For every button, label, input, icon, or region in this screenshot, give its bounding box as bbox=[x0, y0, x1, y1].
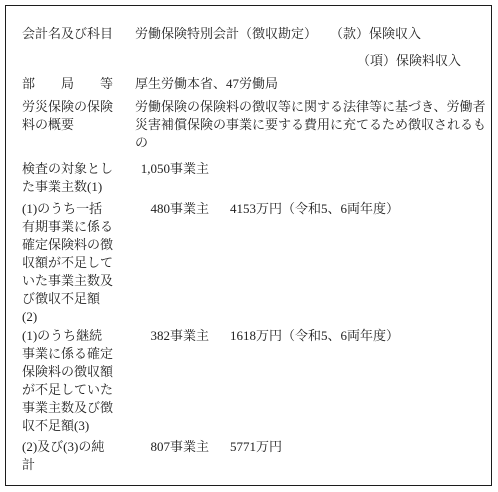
continuing-employer-count: 382事業主 bbox=[135, 327, 209, 345]
account-title-value: 労働保険特別会計（徴収勘定） bbox=[135, 25, 317, 43]
inspected-employers-label: 検査の対象とし た事業主数(1) bbox=[22, 160, 113, 196]
account-title-label: 会計名及び科目 bbox=[22, 25, 113, 43]
inspected-employers-count: 1,050事業主 bbox=[135, 160, 209, 178]
continuing-shortfall-amount: 1618万円（令和5、6両年度） bbox=[230, 327, 399, 345]
net-total-employer-count: 807事業主 bbox=[135, 438, 209, 456]
net-total-label: (2)及び(3)の純 計 bbox=[22, 438, 104, 474]
account-ko-item: （項）保険料収入 bbox=[357, 52, 461, 70]
fixed-term-shortfall-label: (1)のうち一括 有期事業に係る 確定保険料の徴 収額が不足して いた事業主数及… bbox=[22, 200, 113, 326]
continuing-shortfall-label: (1)のうち継続 事業に係る確定 保険料の徴収額 が不足していた 事業主数及び徴… bbox=[22, 327, 113, 435]
bureau-label: 部 局 等 bbox=[22, 75, 113, 93]
fixed-term-employer-count: 480事業主 bbox=[135, 200, 209, 218]
bureau-value: 厚生労働本省、47労働局 bbox=[135, 75, 278, 93]
overview-text: 労働保険の保険料の徴収等に関する法律等に基づき、労働者 災害補償保険の事業に要す… bbox=[135, 98, 486, 152]
overview-label: 労災保険の保険 料の概要 bbox=[22, 98, 113, 134]
fixed-term-shortfall-amount: 4153万円（令和5、6両年度） bbox=[230, 200, 399, 218]
audit-report-table: 会計名及び科目 労働保険特別会計（徴収勘定） （款）保険収入 （項）保険料収入 … bbox=[5, 5, 492, 486]
net-total-amount: 5771万円 bbox=[230, 438, 282, 456]
account-kan-item: （款）保険収入 bbox=[330, 25, 421, 43]
